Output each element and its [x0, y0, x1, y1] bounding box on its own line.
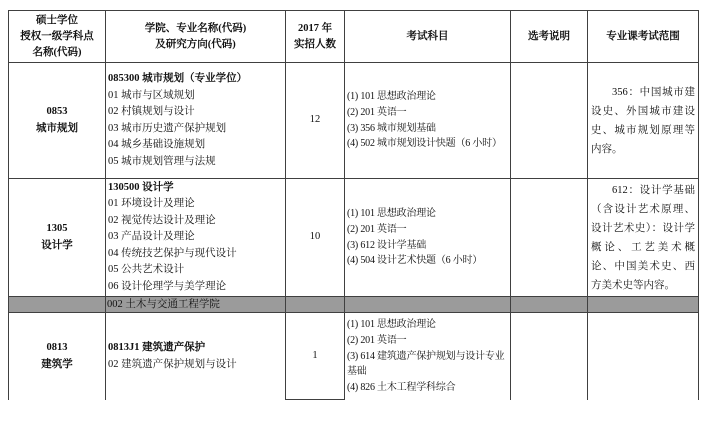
direction-item: 05 城市规划管理与法规: [108, 154, 283, 171]
discipline-cell-1305: 1305 设计学: [8, 178, 105, 296]
college-banner: 002 土木与交通工程学院: [105, 296, 285, 312]
direction-item: 01 城市与区域规划: [108, 88, 283, 105]
discipline-code: 1305: [47, 221, 68, 238]
header-cell-exam-scope: 专业课考试范围: [587, 10, 699, 62]
exam-subject-item: (3) 614 建筑遗产保护规划与设计专业基础: [347, 349, 508, 381]
exam-subjects-cell: (1) 101 思想政治理论 (2) 201 英语一 (3) 614 建筑遗产保…: [344, 312, 510, 400]
header-cell-enrollment: 2017 年 实招人数: [285, 10, 344, 62]
college-banner-spacer: [285, 296, 344, 312]
program-title: 0813J1 建筑遗产保护: [108, 340, 283, 357]
program-cell-0813J1: 0813J1 建筑遗产保护 02 建筑遗产保护规划与设计: [105, 312, 285, 400]
direction-item: 02 村镇规划与设计: [108, 104, 283, 121]
exam-subject-item: (2) 201 英语一: [347, 222, 508, 238]
elective-note-cell: [510, 178, 587, 296]
exam-subject-item: (4) 826 土木工程学科综合: [347, 380, 508, 396]
exam-subjects-cell: (1) 101 思想政治理论 (2) 201 英语一 (3) 612 设计学基础…: [344, 178, 510, 296]
direction-item: 06 设计伦理学与美学理论: [108, 279, 283, 296]
header-line: 名称(代码): [33, 45, 82, 61]
header-line: 学院、专业名称(代码): [145, 21, 247, 37]
direction-item: 03 城市历史遗产保护规划: [108, 121, 283, 138]
header-line: 考试科目: [407, 29, 449, 45]
discipline-name: 建筑学: [41, 357, 73, 374]
exam-subject-item: (3) 612 设计学基础: [347, 238, 508, 254]
exam-subject-item: (3) 356 城市规划基础: [347, 121, 508, 137]
elective-note-cell: [510, 62, 587, 178]
college-banner-spacer: [510, 296, 587, 312]
college-banner-text: 002 土木与交通工程学院: [107, 297, 284, 312]
discipline-code: 0853: [47, 104, 68, 121]
exam-scope-cell: [587, 312, 699, 400]
exam-subject-item: (1) 101 思想政治理论: [347, 317, 508, 333]
direction-item: 04 传统技艺保护与现代设计: [108, 246, 283, 263]
enrollment-value: 10: [310, 229, 321, 246]
exam-scope-cell: 612：设计学基础（含设计艺术原理、设计艺术史）：设计学概论、工艺美术概论、中国…: [587, 178, 699, 296]
program-title: 130500 设计学: [108, 180, 283, 197]
enrollment-value: 1: [312, 348, 317, 365]
exam-subjects-cell: (1) 101 思想政治理论 (2) 201 英语一 (3) 356 城市规划基…: [344, 62, 510, 178]
header-line: 及研究方向(代码): [155, 37, 236, 53]
program-title: 085300 城市规划（专业学位）: [108, 71, 283, 88]
exam-subject-item: (2) 201 英语一: [347, 105, 508, 121]
discipline-name: 设计学: [41, 238, 73, 255]
admissions-document-page: 硕士学位 授权一级学科点 名称(代码) 学院、专业名称(代码) 及研究方向(代码…: [0, 0, 702, 426]
enrollment-cell: 10: [285, 178, 344, 296]
exam-scope-text: 612：设计学基础（含设计艺术原理、设计艺术史）：设计学概论、工艺美术概论、中国…: [590, 181, 696, 295]
enrollment-cell: 1: [285, 312, 344, 400]
header-cell-elective-note: 选考说明: [510, 10, 587, 62]
college-banner-spacer: [344, 296, 510, 312]
header-cell-exam-subjects: 考试科目: [344, 10, 510, 62]
header-line: 2017 年: [298, 21, 332, 37]
header-cell-college-program: 学院、专业名称(代码) 及研究方向(代码): [105, 10, 285, 62]
exam-subject-item: (2) 201 英语一: [347, 333, 508, 349]
discipline-cell-0853: 0853 城市规划: [8, 62, 105, 178]
header-line: 硕士学位: [36, 13, 78, 29]
direction-item: 02 视觉传达设计及理论: [108, 213, 283, 230]
college-banner-spacer: [8, 296, 105, 312]
direction-item: 04 城乡基础设施规划: [108, 137, 283, 154]
discipline-cell-0813: 0813 建筑学: [8, 312, 105, 400]
direction-item: 02 建筑遗产保护规划与设计: [108, 357, 283, 374]
direction-item: 03 产品设计及理论: [108, 229, 283, 246]
exam-subject-item: (1) 101 思想政治理论: [347, 89, 508, 105]
exam-subject-item: (4) 504 设计艺术快题（6 小时）: [347, 253, 508, 269]
header-line: 实招人数: [294, 37, 336, 53]
elective-note-cell: [510, 312, 587, 400]
direction-item: 01 环境设计及理论: [108, 196, 283, 213]
enrollment-value: 12: [310, 112, 321, 129]
header-line: 授权一级学科点: [20, 29, 94, 45]
enrollment-cell: 12: [285, 62, 344, 178]
admissions-table: 硕士学位 授权一级学科点 名称(代码) 学院、专业名称(代码) 及研究方向(代码…: [8, 10, 699, 400]
header-line: 专业课考试范围: [606, 29, 680, 45]
header-cell-discipline-point: 硕士学位 授权一级学科点 名称(代码): [8, 10, 105, 62]
header-line: 选考说明: [528, 29, 570, 45]
exam-scope-text: 356：中国城市建设史、外国城市建设史、城市规划原理等内容。: [590, 83, 696, 159]
program-cell-130500: 130500 设计学 01 环境设计及理论 02 视觉传达设计及理论 03 产品…: [105, 178, 285, 296]
exam-scope-cell: 356：中国城市建设史、外国城市建设史、城市规划原理等内容。: [587, 62, 699, 178]
discipline-name: 城市规划: [36, 121, 78, 138]
college-banner-spacer: [587, 296, 699, 312]
direction-item: 05 公共艺术设计: [108, 262, 283, 279]
discipline-code: 0813: [47, 340, 68, 357]
program-cell-085300: 085300 城市规划（专业学位） 01 城市与区域规划 02 村镇规划与设计 …: [105, 62, 285, 178]
exam-subject-item: (1) 101 思想政治理论: [347, 206, 508, 222]
exam-subject-item: (4) 502 城市规划设计快题（6 小时）: [347, 136, 508, 152]
